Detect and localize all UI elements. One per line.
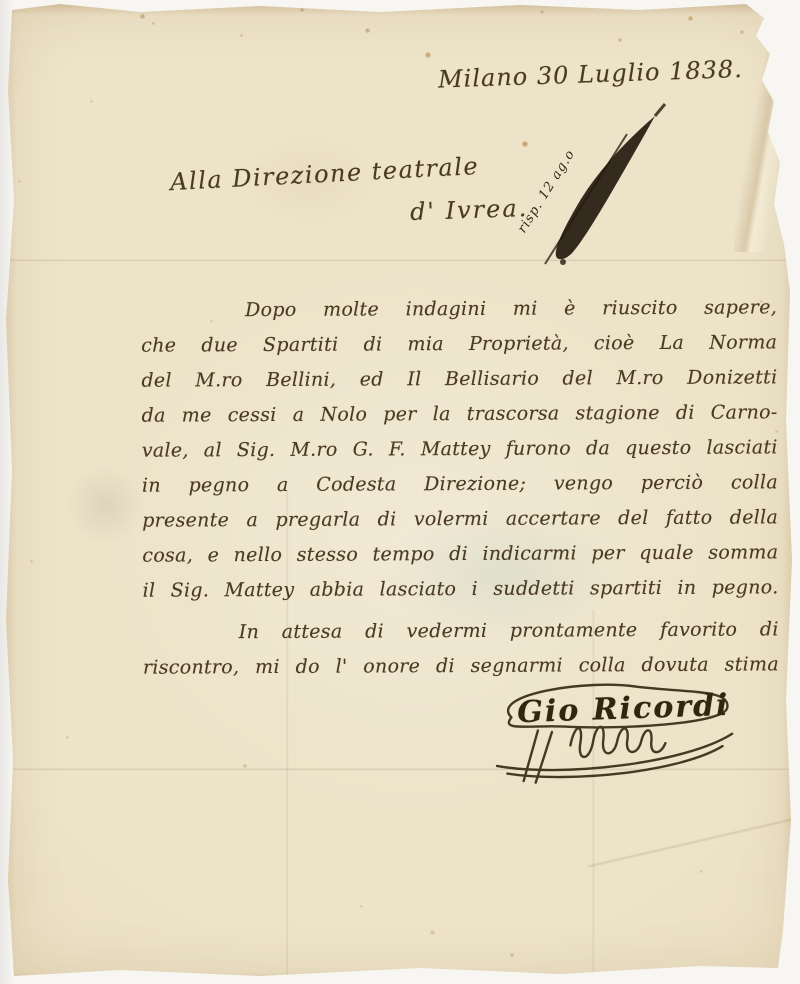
foxing-spot — [30, 560, 33, 563]
signature-block: Gio Ricordi — [468, 675, 751, 790]
foxing-spot — [700, 870, 703, 873]
letter-page: Milano 30 Luglio 1838. Alla Direzione te… — [0, 0, 800, 984]
paragraph: In attesa di vedermi prontamente favorit… — [143, 612, 779, 685]
foxing-spot — [770, 120, 774, 124]
foxing-spot — [300, 8, 304, 12]
letter-line: vale, al Sig. M.ro G. F. Mattey furono d… — [142, 430, 778, 468]
foxing-spot — [360, 905, 363, 908]
foxing-spot — [425, 52, 431, 58]
foxing-spot — [140, 14, 145, 19]
letter-line: presente a pregarla di volermi accertare… — [142, 500, 778, 538]
scan-background: Milano 30 Luglio 1838. Alla Direzione te… — [0, 0, 800, 984]
ink-blot — [505, 112, 695, 272]
foxing-spot — [540, 10, 544, 14]
letter-line: in pegno a Codesta Direzione; vengo perc… — [142, 465, 778, 503]
letter-line: da me cessi a Nolo per la trascorsa stag… — [142, 395, 778, 433]
letter-line: il Sig. Mattey abbia lasciato i suddetti… — [142, 570, 778, 608]
paragraph: Dopo molte indagini mi è riuscito sapere… — [141, 290, 779, 608]
archival-annotation: risp. 12 ag.o — [505, 112, 695, 272]
letter-body: Dopo molte indagini mi è riuscito sapere… — [141, 290, 779, 685]
foxing-spot — [66, 736, 69, 739]
foxing-spot — [430, 930, 435, 935]
signature-name: Gio Ricordi — [517, 688, 730, 730]
letter-line: In attesa di vedermi prontamente favorit… — [143, 612, 779, 650]
foxing-spot — [365, 28, 370, 33]
foxing-spot — [240, 34, 243, 37]
foxing-spot — [688, 16, 693, 21]
letter-line: che due Spartiti di mia Proprietà, cioè … — [141, 325, 777, 363]
letter-line: Dopo molte indagini mi è riuscito sapere… — [141, 290, 777, 328]
letter-line: cosa, e nello stesso tempo di indicarmi … — [142, 535, 778, 573]
foxing-spot — [90, 100, 93, 103]
foxing-spot — [152, 22, 155, 25]
foxing-spot — [740, 30, 744, 34]
letter-line: del M.ro Bellini, ed Il Bellisario del M… — [141, 360, 777, 398]
corner-crumple — [734, 2, 794, 252]
foxing-spot — [618, 38, 622, 42]
recipient-line-1: Alla Direzione teatrale — [169, 152, 479, 196]
foxing-spot — [510, 953, 514, 957]
dateline: Milano 30 Luglio 1838. — [438, 54, 759, 93]
foxing-spot — [243, 764, 247, 768]
crease-line — [587, 818, 792, 867]
foxing-spot — [18, 180, 21, 183]
